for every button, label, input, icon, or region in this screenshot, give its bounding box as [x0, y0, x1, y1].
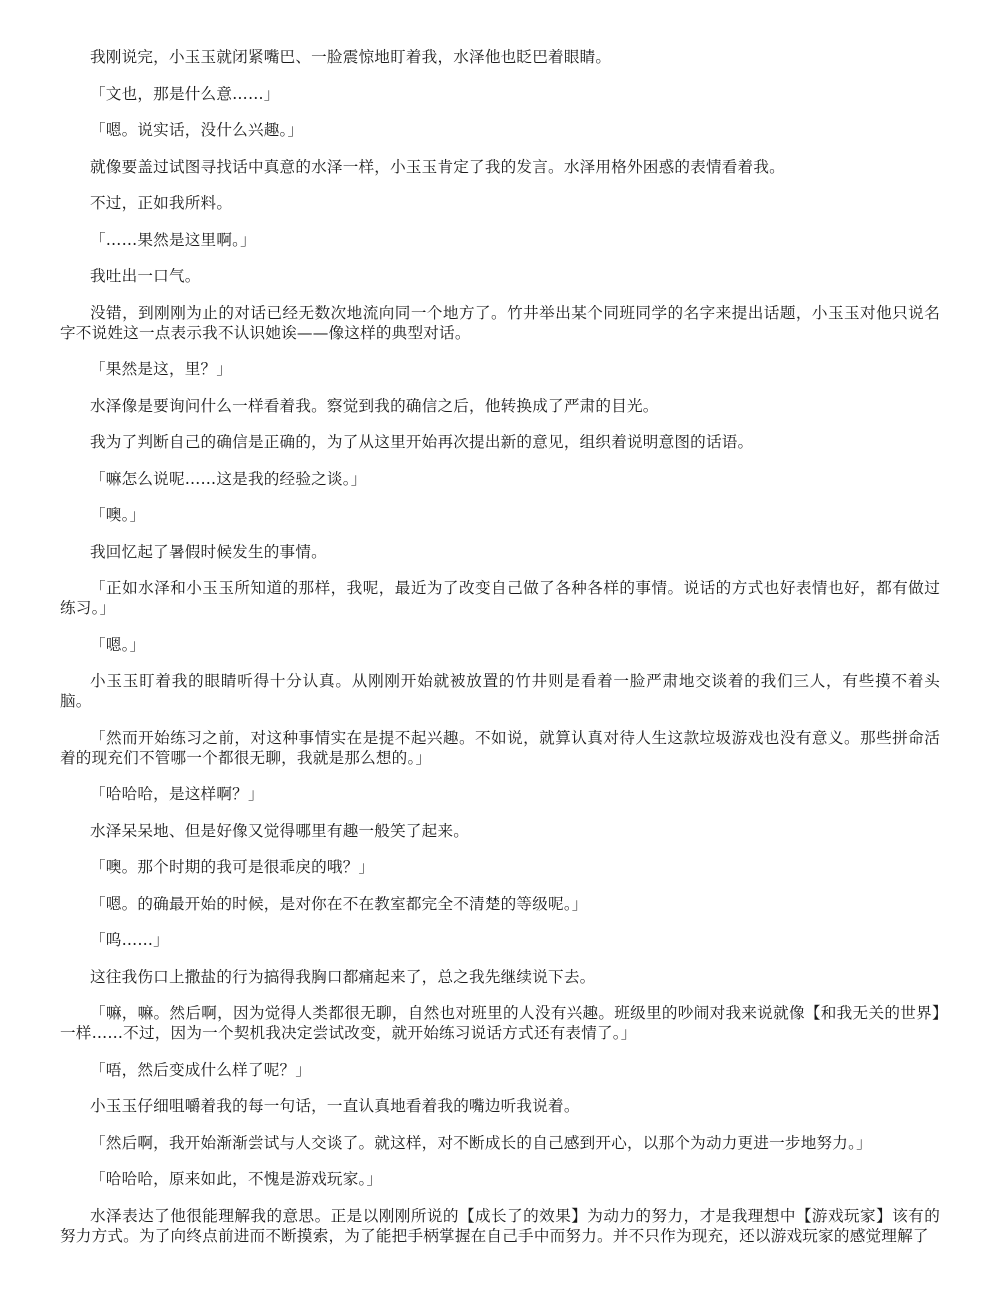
dialogue-line: 「哈哈哈，是这样啊？」: [60, 784, 940, 804]
paragraph: 没错，到刚刚为止的对话已经无数次地流向同一个地方了。竹井举出某个同班同学的名字来…: [60, 303, 940, 343]
paragraph: 水泽像是要询问什么一样看着我。察觉到我的确信之后，他转换成了严肃的目光。: [60, 396, 940, 416]
paragraph: 就像要盖过试图寻找话中真意的水泽一样，小玉玉肯定了我的发言。水泽用格外困惑的表情…: [60, 157, 940, 177]
dialogue-line: 「果然是这，里？」: [60, 359, 940, 379]
dialogue-line: 「噢。那个时期的我可是很乖戾的哦？」: [60, 857, 940, 877]
paragraph: 小玉玉盯着我的眼睛听得十分认真。从刚刚开始就被放置的竹井则是看着一脸严肃地交谈着…: [60, 671, 940, 711]
paragraph: 我吐出一口气。: [60, 266, 940, 286]
document-page: 我刚说完，小玉玉就闭紧嘴巴、一脸震惊地盯着我，水泽他也眨巴着眼睛。 「文也，那是…: [60, 47, 940, 1262]
dialogue-line: 「呜……」: [60, 930, 940, 950]
paragraph: 我回忆起了暑假时候发生的事情。: [60, 542, 940, 562]
dialogue-line: 「……果然是这里啊。」: [60, 230, 940, 250]
dialogue-line: 「嗯。说实话，没什么兴趣。」: [60, 120, 940, 140]
paragraph: 水泽呆呆地、但是好像又觉得哪里有趣一般笑了起来。: [60, 821, 940, 841]
paragraph: 水泽表达了他很能理解我的意思。正是以刚刚所说的【成长了的效果】为动力的努力，才是…: [60, 1206, 940, 1246]
dialogue-line: 「唔，然后变成什么样了呢？」: [60, 1060, 940, 1080]
paragraph: 我为了判断自己的确信是正确的，为了从这里开始再次提出新的意见，组织着说明意图的话…: [60, 432, 940, 452]
paragraph: 我刚说完，小玉玉就闭紧嘴巴、一脸震惊地盯着我，水泽他也眨巴着眼睛。: [60, 47, 940, 67]
dialogue-line: 「正如水泽和小玉玉所知道的那样，我呢，最近为了改变自己做了各种各样的事情。说话的…: [60, 578, 940, 618]
dialogue-line: 「嘛，嘛。然后啊，因为觉得人类都很无聊，自然也对班里的人没有兴趣。班级里的吵闹对…: [60, 1003, 940, 1043]
paragraph: 小玉玉仔细咀嚼着我的每一句话，一直认真地看着我的嘴边听我说着。: [60, 1096, 940, 1116]
dialogue-line: 「嗯。」: [60, 635, 940, 655]
paragraph: 不过，正如我所料。: [60, 193, 940, 213]
dialogue-line: 「嘛怎么说呢……这是我的经验之谈。」: [60, 469, 940, 489]
dialogue-line: 「然后啊，我开始渐渐尝试与人交谈了。就这样，对不断成长的自己感到开心，以那个为动…: [60, 1133, 940, 1153]
dialogue-line: 「噢。」: [60, 505, 940, 525]
dialogue-line: 「然而开始练习之前，对这种事情实在是提不起兴趣。不如说，就算认真对待人生这款垃圾…: [60, 728, 940, 768]
dialogue-line: 「哈哈哈，原来如此，不愧是游戏玩家。」: [60, 1169, 940, 1189]
paragraph: 这往我伤口上撒盐的行为搞得我胸口都痛起来了，总之我先继续说下去。: [60, 967, 940, 987]
dialogue-line: 「文也，那是什么意……」: [60, 84, 940, 104]
dialogue-line: 「嗯。的确最开始的时候，是对你在不在教室都完全不清楚的等级呢。」: [60, 894, 940, 914]
